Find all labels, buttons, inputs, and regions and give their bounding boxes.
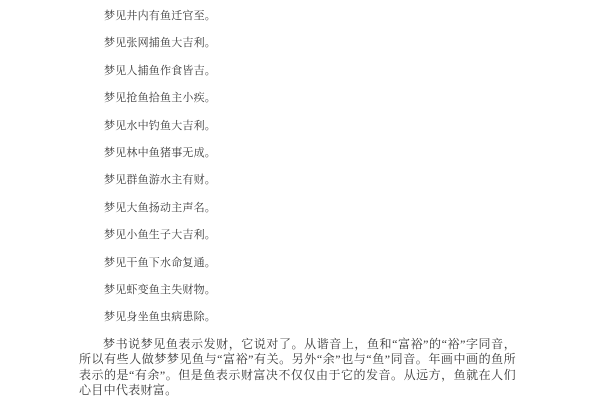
dream-list-item: 梦见群鱼游水主有财。 [79,167,516,194]
document-page: 梦见井内有鱼迁官至。 梦见张网捕鱼大吉利。 梦见人捕鱼作食皆吉。 梦见抢鱼拾鱼主… [79,3,516,399]
dream-list-item: 梦见林中鱼猪事无成。 [79,140,516,167]
dream-list-item: 梦见人捕鱼作食皆吉。 [79,58,516,85]
dream-list-item: 梦见大鱼扬动主声名。 [79,195,516,222]
dream-list-item: 梦见张网捕鱼大吉利。 [79,30,516,57]
dream-list-item: 梦见井内有鱼迁官至。 [79,3,516,30]
dream-list-item: 梦见身坐鱼虫病患除。 [79,304,516,331]
commentary-paragraph: 梦书说梦见鱼表示发财，它说对了。从谐音上，鱼和“富裕”的“裕”字同音，所以有些人… [79,337,516,399]
dream-list-item: 梦见抢鱼拾鱼主小疾。 [79,85,516,112]
dream-list-item: 梦见虾变鱼主失财物。 [79,277,516,304]
dream-list-item: 梦见水中钓鱼大吉利。 [79,113,516,140]
dream-list-item: 梦见干鱼下水命复通。 [79,250,516,277]
dream-interpretation-list: 梦见井内有鱼迁官至。 梦见张网捕鱼大吉利。 梦见人捕鱼作食皆吉。 梦见抢鱼拾鱼主… [79,3,516,332]
dream-list-item: 梦见小鱼生子大吉利。 [79,222,516,249]
